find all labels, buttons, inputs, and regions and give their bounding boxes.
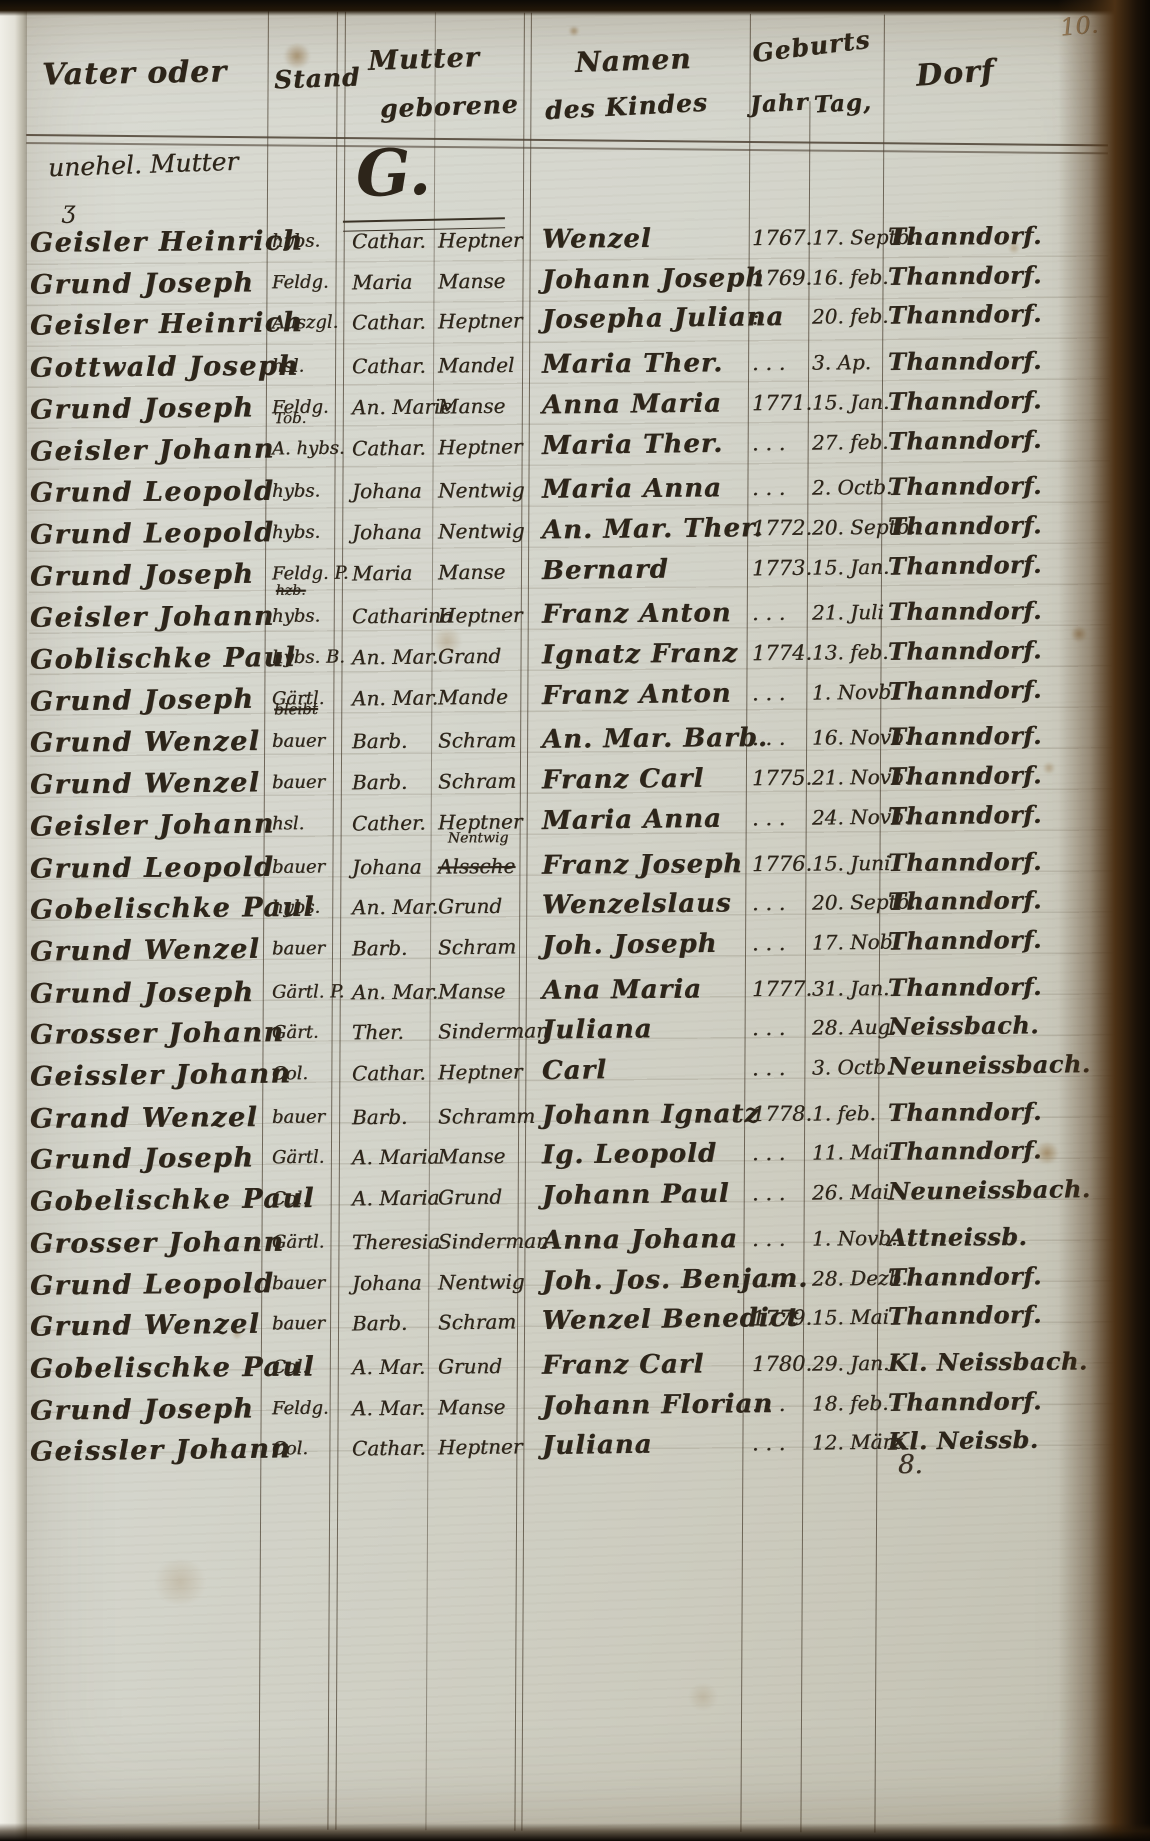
stand-abbrev: Col. [272,1347,308,1387]
mother-given-name: Maria [352,552,413,593]
stand-abbrev: Col. [272,1054,309,1094]
maiden-name-correction: Nentwig [448,831,509,845]
stand-second-line: Tob. [274,411,306,426]
child-name: Carl [542,1050,608,1091]
mother-maiden-name: Schram [438,761,517,802]
village-name: Neissbach. [888,1006,1040,1048]
mother-maiden-name: Nentwig [438,470,525,511]
mother-given-name: Barb. [352,1303,408,1344]
father-name: Gottwald Joseph [30,347,300,389]
mother-given-name: Johana [352,471,422,512]
mother-maiden-name: Heptner [438,1051,523,1092]
father-name: Grund Wenzel [30,1305,261,1348]
mother-maiden-name: Grund [438,1346,502,1387]
father-name: Grosser Johann [30,1223,285,1265]
mother-given-name: Johana [352,1262,422,1303]
bottom-sheet-number: 8. [898,1450,923,1480]
village-name: Thanndorf. [888,880,1042,922]
mother-maiden-name: Manse [438,260,506,301]
birth-year: . . . [752,1384,786,1424]
maiden-name-struck: Alssche [438,853,515,878]
header-birth-year: Jahr [749,88,809,118]
birth-day: 3. Octb. [812,1047,893,1088]
mother-given-name: Barb. [352,1096,408,1136]
child-name: Johann Paul [542,1174,730,1216]
father-name: Grosser Johann [30,1013,285,1056]
stand-abbrev: bauer [272,1263,326,1304]
header-father: Vater oder [42,54,228,92]
mother-given-name: An. Mar. [352,971,438,1012]
village-name: Thanndorf. [888,544,1043,586]
book-edge-right [1058,0,1150,1841]
child-name: Juliana [542,1425,653,1466]
mother-given-name: Cathar. [352,221,426,262]
child-name: Joh. Joseph [542,924,718,966]
child-name: Ig. Leopold [542,1134,718,1176]
mother-given-name: Johana [352,846,422,887]
birth-day: 2. Octb. [812,467,893,508]
mother-maiden-name: Sinderman [438,1220,549,1261]
birth-day: 16. feb. [812,257,889,298]
mother-maiden-name: Manse [438,971,506,1012]
stand-abbrev: hybs. B. [272,637,345,678]
birth-day: 20. feb. [812,296,889,337]
header-mother-line2: geborene [380,90,520,124]
birth-day: 15. Juni [812,843,891,884]
birth-day: 18. feb. [812,1382,889,1423]
birth-day: 26. Mai [812,1172,889,1213]
father-name: Grund Leopold [30,472,275,514]
mother-given-name: Cathar. [352,427,426,468]
child-name: Franz Anton [542,673,732,715]
child-name: Juliana [542,1010,653,1051]
stand-abbrev: Gärtl.bleibt [272,679,325,720]
stand-abbrev: hsl. [272,347,305,387]
birth-year: . . . [752,593,786,633]
scanned-register-page: Vater oder Stand Mutter geborene Namen d… [0,0,1150,1841]
mother-given-name: A. Mar. [352,1387,426,1428]
child-name: Bernard [542,549,669,591]
birth-year: . . . [752,343,786,383]
mother-maiden-name: Manse [438,1136,506,1177]
mother-maiden-name: Schram [438,1302,517,1343]
stand-abbrev: Feldg. [272,262,329,303]
mother-given-name: Maria [352,261,413,302]
village-name: Thanndorf. [888,466,1042,507]
birth-year: : . [752,298,773,338]
stand-abbrev: bauer [272,763,326,804]
mother-maiden-name: Manse [438,1386,506,1427]
birth-year: . . . [752,1219,786,1259]
mother-maiden-name: Heptner [438,426,523,467]
header-village: Dorf [915,53,996,93]
stand-abbrev: Gärtl. [272,1222,325,1262]
village-name: Thanndorf. [888,966,1042,1007]
child-name: Johann Ignatz [542,1094,760,1136]
birth-year: . . . [752,422,786,462]
birth-year: 1780. [752,1344,812,1384]
father-name: Grund Wenzel [30,930,261,973]
village-name: Thanndorf. [888,795,1043,837]
mother-given-name: An. Mar. [352,636,439,677]
mother-maiden-name: Heptner [438,301,523,342]
village-name: Thanndorf. [888,630,1042,672]
birth-year: 1767. [752,218,812,258]
village-name: Attneissb. [888,1217,1028,1258]
mother-maiden-name: AlsscheNentwig [438,845,516,886]
stand-abbrev: bauer [272,1304,326,1345]
header-stand: Stand [274,62,361,94]
stand-abbrev: bauer [272,1097,325,1137]
child-name: Franz Joseph [542,844,743,886]
child-name: Franz Anton [542,594,732,635]
section-letter-heading: G. [355,135,432,213]
birth-year: 1773. [752,547,813,588]
stand-abbrev: Auszgl. [272,303,339,344]
header-birth-day: Tag, [813,89,872,119]
mother-maiden-name: Heptner [438,220,523,261]
mother-maiden-name: Nentwig [438,1261,525,1302]
village-name: Thanndorf. [888,294,1043,336]
child-name: Franz Carl [542,1344,705,1385]
header-mother-line1: Mutter [367,42,480,77]
village-name: Thanndorf. [888,591,1042,632]
stand-abbrev: hybs. [272,221,321,261]
mother-given-name: Barb. [352,928,408,969]
stand-abbrev: Col. [272,1429,309,1469]
book-edge-bottom [0,1823,1150,1841]
child-name: An. Mar. Ther. [542,508,764,550]
birth-year: . . . [752,673,786,713]
birth-year: 1771. [752,382,813,423]
village-name: Thanndorf. [888,505,1042,547]
birth-year: . . . [752,1173,786,1213]
stand-abbrev: Gärtl. P. [272,972,345,1013]
child-name: Maria Ther. [542,423,724,465]
father-name: Geisler Heinrich [30,222,304,264]
mother-given-name: A. Mar. [352,1347,426,1388]
birth-day: 28. Aug. [812,1007,897,1048]
book-edge-top [0,0,1150,16]
village-name: Thanndorf. [888,1131,1042,1173]
stand-abbrev: hsl. [272,804,305,844]
father-name: Geissler Johann [30,1054,292,1097]
village-name: Thanndorf. [888,419,1043,461]
father-name: Grund Joseph [30,1139,255,1181]
header-child-line1: Namen [574,42,692,79]
mother-given-name: Johana [352,512,422,553]
mother-maiden-name: Manse [438,551,506,592]
mother-given-name: Cather. [352,802,426,843]
birth-year: . . . [752,468,786,508]
child-name: Maria Ther. [542,343,724,384]
stand-abbrev: hybs. [272,513,321,553]
stand-abbrev: Gärt. [272,1013,319,1053]
village-name: Thanndorf. [888,380,1042,422]
mother-maiden-name: Mande [438,676,508,717]
village-name: Thanndorf. [888,216,1042,257]
father-name: Grund Wenzel [30,763,261,805]
mother-given-name: An. Mar. [352,887,439,928]
child-name: Josepha Juliana [542,297,785,340]
birth-year: . . . [752,1048,786,1088]
child-name: Anna Maria [542,383,722,425]
birth-day: 11. Mai [812,1132,889,1173]
mother-maiden-name: Sinderman [438,1011,549,1052]
village-name: Thanndorf. [888,255,1042,297]
mother-maiden-name: Mandel [438,345,515,386]
birth-year: 1776. [752,843,812,883]
birth-day: 13. feb. [812,632,889,673]
mother-maiden-name: Schram [438,720,517,761]
mother-given-name: Barb. [352,762,408,803]
mother-given-name: Cathar. [352,302,426,343]
birth-year: 1775. [752,758,813,799]
birth-year: . . . [752,798,786,838]
father-name: Grand Wenzel [30,1098,259,1140]
father-name: Grund Wenzel [30,722,261,764]
mother-given-name: Theresia [352,1221,440,1262]
village-name: Thanndorf. [888,1092,1042,1133]
child-name: Johann Florian [542,1384,774,1426]
stand-second-line: bleibt [274,702,318,718]
flourish-mark: ʒ [62,196,76,224]
stand-abbrev: Feldg.Tob. [272,387,329,428]
birth-year: 1772. [752,508,813,549]
father-name: Grund Joseph [30,679,255,722]
birth-day: 1. Novb. [812,1218,898,1259]
birth-year: . . . [752,1008,786,1048]
mother-given-name: Cathar. [352,1053,426,1094]
birth-year: 1777. [752,968,812,1008]
birth-year: 1778. [752,1093,812,1133]
father-name: Grund Leopold [30,847,275,889]
father-name: Grund Joseph [30,554,255,597]
child-name: An. Mar. Barb. [542,718,768,760]
father-name: Geissler Johann [30,1430,292,1473]
stand-abbrev: Col. [272,1179,309,1219]
child-name: Maria Anna [542,469,722,510]
stand-abbrev: hybs. [272,472,321,512]
child-name: Anna Johana [542,1219,738,1261]
mother-given-name: A. Maria [352,1177,440,1218]
birth-year: 1774. [752,633,813,674]
village-name: Thanndorf. [888,716,1042,757]
birth-day: 29. Jan. [812,1343,890,1384]
mother-given-name: Cathar. [352,346,426,387]
village-name: Thanndorf. [888,1256,1042,1298]
stand-abbrev: Feldg. [272,1388,329,1429]
birth-day: 1. feb. [812,1093,876,1134]
birth-day: 15. Jan. [812,546,890,587]
village-name: Thanndorf. [888,669,1043,711]
father-name: Grund Joseph [30,973,255,1015]
father-name: Geisler Heinrich [30,304,304,347]
birth-day: 17. Nob. [812,921,899,962]
child-name: Johann Joseph [542,258,766,300]
father-name: Grund Leopold [30,1264,275,1307]
stand-abbrev: Gärtl. [272,1138,325,1179]
birth-year: . . . [752,718,786,758]
child-name: Ignatz Franz [542,633,739,675]
mother-given-name: Barb. [352,721,408,761]
mother-maiden-name: Heptner [438,1427,523,1468]
mother-given-name: Cathar. [352,1428,426,1469]
birth-day: 31. Jan. [812,968,890,1009]
village-name: Thanndorf. [888,341,1042,382]
birth-year: 1769. [752,257,813,298]
birth-year: . . . [752,1133,786,1173]
birth-year: . . . [752,923,786,963]
mother-maiden-name: Grund [438,886,503,927]
birth-day: 15. Jan. [812,382,890,423]
stand-abbrev: hybs.hzb. [272,597,321,637]
child-name: Ana Maria [542,969,702,1010]
father-name: Grund Joseph [30,263,255,305]
father-name: Grund Joseph [30,1389,255,1431]
father-name: Geisler Johann [30,804,275,847]
stand-struck-note: hzb. [276,584,306,598]
mother-given-name: An. Mar. [352,677,439,718]
child-name: Wenzel [542,219,652,260]
birth-year: . . . [752,1258,786,1298]
father-name: Grund Leopold [30,513,275,556]
mother-given-name: A. Maria [352,1137,440,1178]
village-name: Thanndorf. [888,1295,1043,1337]
mother-given-name: Ther. [352,1012,404,1053]
father-name: Grund Joseph [30,388,255,430]
child-name: Maria Anna [542,799,722,841]
birth-day: 3. Ap. [812,342,871,382]
mother-maiden-name: Nentwig [438,510,525,551]
father-name: Goblischke Paul [30,638,297,681]
stand-abbrev: A. hybs. [272,428,345,469]
father-name: Geisler Johann [30,597,275,639]
village-name: Thanndorf. [888,920,1043,962]
father-name: Geisler Johann [30,429,275,472]
adjacent-page-edge [0,0,27,1841]
mother-maiden-name: Grund [438,1177,503,1218]
village-name: Thanndorf. [888,755,1042,797]
mother-maiden-name: Heptner [438,595,523,636]
birth-year: . . . [752,883,786,923]
birth-day: 1. Novb. [812,671,898,712]
stand-abbrev: bauer [272,722,325,762]
birth-year: 1779. [752,1298,813,1339]
mother-maiden-name: Manse [438,386,506,427]
stand-abbrev: bauer [272,847,325,887]
paper-sheet: Vater oder Stand Mutter geborene Namen d… [0,0,1150,1841]
stand-abbrev: hybs. [272,888,321,928]
birth-day: 27. feb. [812,421,889,462]
mother-maiden-name: Schram [438,926,517,967]
birth-day: 15. Mai [812,1297,889,1338]
stand-abbrev: bauer [272,929,326,970]
mother-maiden-name: Schramm [438,1095,536,1136]
village-name: Thanndorf. [888,841,1042,882]
village-name: Thanndorf. [888,1381,1042,1423]
birth-day: 21. Juli [812,592,884,633]
birth-year: . . . [752,1423,786,1463]
mother-maiden-name: Grand [438,636,502,677]
child-name: Wenzelslaus [542,884,732,926]
child-name: Franz Carl [542,759,705,801]
